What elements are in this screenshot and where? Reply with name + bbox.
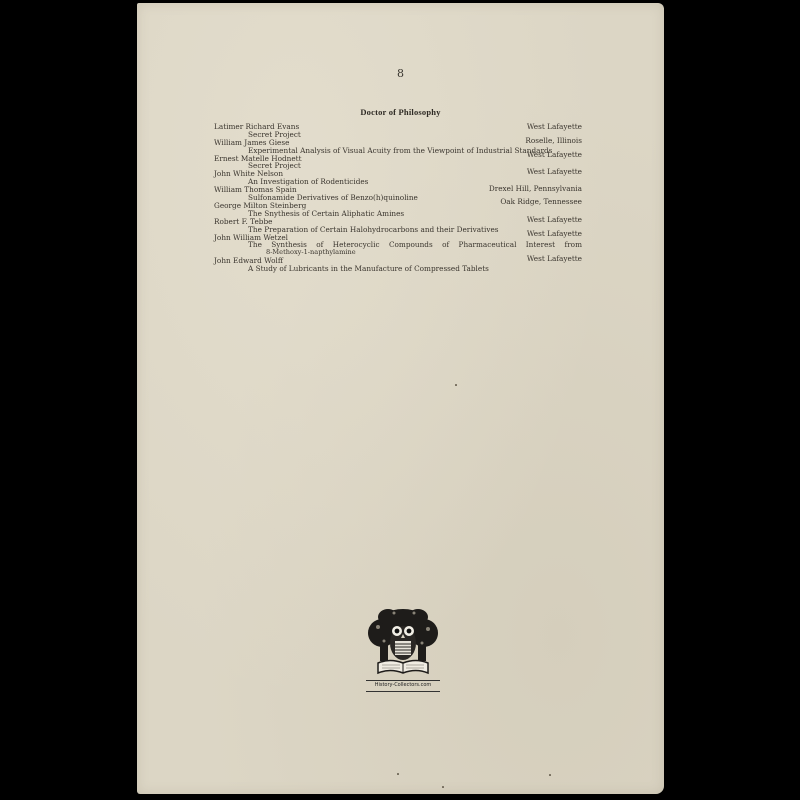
graduate-location: West Lafayette <box>527 230 582 238</box>
graduate-location: West Lafayette <box>527 123 582 131</box>
graduate-location: West Lafayette <box>527 216 582 224</box>
watermark-logo: History-Collectors.com <box>358 601 448 693</box>
graduate-name: Latimer Richard Evans <box>214 122 299 131</box>
graduate-location: West Lafayette <box>527 168 582 176</box>
section-title: Doctor of Philosophy <box>137 107 664 117</box>
thesis-title: A Study of Lubricants in the Manufacture… <box>214 265 582 273</box>
graduate-location: Drexel Hill, Pennsylvania <box>489 185 582 193</box>
page-number: 8 <box>137 67 664 80</box>
graduate-list: Latimer Richard Evans West Lafayette Sec… <box>214 123 582 273</box>
graduate-name: John William Wetzel <box>214 233 288 242</box>
paper-speck <box>455 384 457 386</box>
graduate-name: William Thomas Spain <box>214 185 297 194</box>
paper-speck <box>549 774 551 776</box>
graduate-location: West Lafayette <box>527 151 582 159</box>
owl-on-book-icon <box>358 601 448 681</box>
paper-speck <box>442 786 444 788</box>
graduate-name: Robert F. Tebbe <box>214 217 272 226</box>
graduate-name: John Edward Wolff <box>214 256 283 265</box>
watermark-rule <box>366 691 440 692</box>
graduate-location: Oak Ridge, Tennessee <box>500 198 582 206</box>
graduate-location: Roselle, Illinois <box>525 137 582 145</box>
paper-speck <box>397 773 399 775</box>
watermark-text: History-Collectors.com <box>358 682 448 688</box>
document-page: 8 Doctor of Philosophy Latimer Richard E… <box>137 3 664 794</box>
graduate-name: Ernest Matelle Hodnett <box>214 154 302 163</box>
graduate-name: John White Nelson <box>214 169 283 178</box>
graduate-name: George Milton Steinberg <box>214 201 306 210</box>
watermark-rule <box>366 680 440 681</box>
graduate-location: West Lafayette <box>527 255 582 263</box>
list-item: John Edward Wolff West Lafayette A Study… <box>214 257 582 273</box>
